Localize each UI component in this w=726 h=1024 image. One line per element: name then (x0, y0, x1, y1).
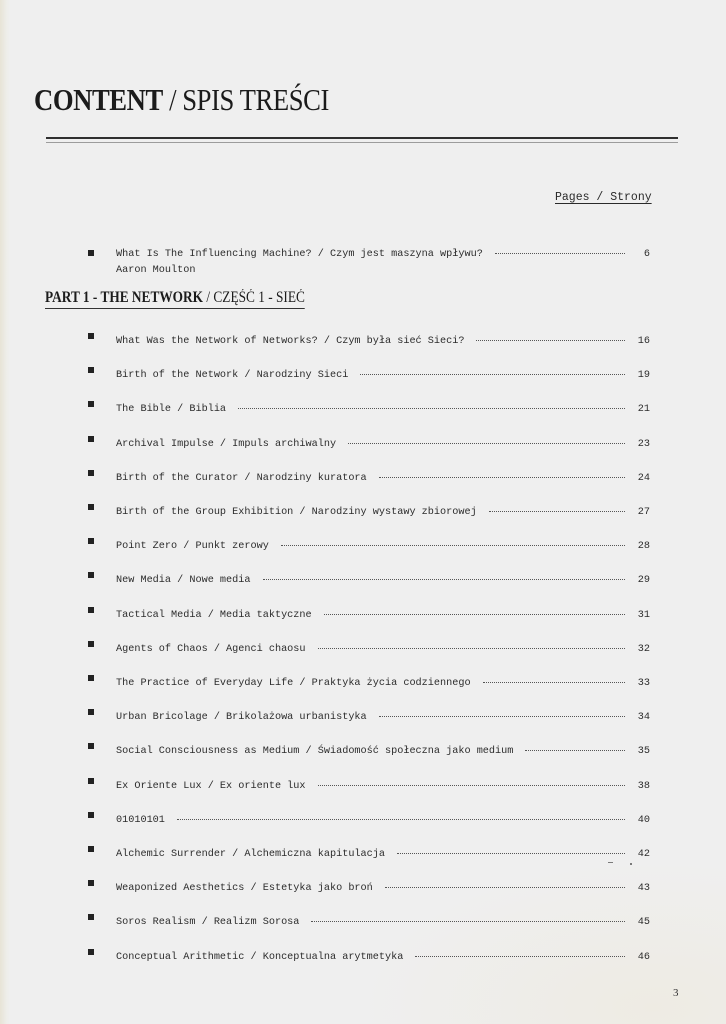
toc-entry-title: Agents of Chaos / Agenci chaosu (116, 644, 306, 655)
toc-entry-page: 29 (634, 575, 650, 586)
square-bullet-icon (88, 641, 94, 647)
toc-entry-page: 23 (634, 439, 650, 450)
toc-entry-page: 38 (634, 781, 650, 792)
dot-leader (525, 749, 625, 751)
page-number: 3 (673, 987, 679, 999)
toc-entry-page: 27 (634, 507, 650, 518)
toc-entry-page: 32 (634, 644, 650, 655)
toc-entry-title: Weaponized Aesthetics / Estetyka jako br… (116, 883, 373, 894)
square-bullet-icon (88, 250, 94, 256)
toc-entry-page: 33 (634, 678, 650, 689)
toc-entry[interactable]: The Practice of Everyday Life / Praktyka… (88, 675, 650, 691)
square-bullet-icon (88, 401, 94, 407)
dot-leader (476, 339, 625, 341)
toc-entry-title: What Was the Network of Networks? / Czym… (116, 336, 464, 347)
toc-entry[interactable]: Birth of the Network / Narodziny Sieci19 (88, 367, 650, 383)
toc-entry-title: Tactical Media / Media taktyczne (116, 610, 312, 621)
toc-entry[interactable]: New Media / Nowe media29 (88, 572, 650, 588)
dot-leader (318, 647, 625, 649)
toc-entry[interactable]: Ex Oriente Lux / Ex oriente lux38 (88, 778, 650, 794)
square-bullet-icon (88, 812, 94, 818)
toc-entry-title: 01010101 (116, 815, 165, 826)
toc-entry[interactable]: The Bible / Biblia21 (88, 401, 650, 417)
toc-entry[interactable]: Weaponized Aesthetics / Estetyka jako br… (88, 880, 650, 896)
toc-entry-page: 16 (634, 336, 650, 347)
toc-entry[interactable]: Archival Impulse / Impuls archiwalny23 (88, 436, 650, 452)
dot-leader (324, 613, 625, 615)
dot-leader (415, 955, 625, 957)
toc-entry-title: Ex Oriente Lux / Ex oriente lux (116, 781, 306, 792)
dot-leader (177, 818, 625, 820)
toc-entry[interactable]: Soros Realism / Realizm Sorosa45 (88, 914, 650, 930)
toc-entry-title: Conceptual Arithmetic / Konceptualna ary… (116, 952, 403, 963)
section-heading: PART 1 - THE NETWORK / CZĘŚĆ 1 - SIEĆ (45, 289, 305, 309)
toc-entry[interactable]: Urban Bricolage / Brikolażowa urbanistyk… (88, 709, 650, 725)
section-heading-bold: PART 1 - THE NETWORK (45, 289, 203, 306)
toc-entry[interactable]: Social Consciousness as Medium / Świadom… (88, 743, 650, 759)
pages-column-header: Pages / Strony (555, 191, 652, 204)
toc-entry-title: New Media / Nowe media (116, 575, 251, 586)
square-bullet-icon (88, 333, 94, 339)
toc-entry-title: The Practice of Everyday Life / Praktyka… (116, 678, 471, 689)
dot-leader (385, 886, 625, 888)
square-bullet-icon (88, 675, 94, 681)
page-title: CONTENT / SPIS TREŚCI (34, 82, 329, 118)
dot-leader (348, 442, 625, 444)
dot-leader (263, 578, 626, 580)
title-rule-thin (46, 142, 678, 143)
toc-entry-page: 24 (634, 473, 650, 484)
toc-entry[interactable]: Point Zero / Punkt zerowy28 (88, 538, 650, 554)
toc-entry-title: Social Consciousness as Medium / Świadom… (116, 746, 513, 757)
scan-speck (608, 862, 613, 863)
square-bullet-icon (88, 538, 94, 544)
toc-entry-page: 35 (634, 746, 650, 757)
toc-entry-title: The Bible / Biblia (116, 404, 226, 415)
toc-entry-page: 28 (634, 541, 650, 552)
toc-entry-page: 31 (634, 610, 650, 621)
toc-entry-title: Archival Impulse / Impuls archiwalny (116, 439, 336, 450)
toc-entry-page: 43 (634, 883, 650, 894)
page-edge-shadow (0, 0, 10, 1024)
toc-entry-intro[interactable]: What Is The Influencing Machine? / Czym … (88, 249, 650, 265)
square-bullet-icon (88, 914, 94, 920)
square-bullet-icon (88, 949, 94, 955)
toc-entry-page: 6 (634, 249, 650, 260)
square-bullet-icon (88, 367, 94, 373)
toc-entry-title: Point Zero / Punkt zerowy (116, 541, 269, 552)
toc-entry-page: 46 (634, 952, 650, 963)
section-heading-rest: / CZĘŚĆ 1 - SIEĆ (203, 289, 305, 306)
toc-entry-page: 19 (634, 370, 650, 381)
toc-entry[interactable]: Conceptual Arithmetic / Konceptualna ary… (88, 949, 650, 965)
square-bullet-icon (88, 778, 94, 784)
square-bullet-icon (88, 846, 94, 852)
page-title-bold: CONTENT (34, 82, 163, 117)
toc-entry-page: 42 (634, 849, 650, 860)
toc-entry[interactable]: Agents of Chaos / Agenci chaosu32 (88, 641, 650, 657)
toc-entry[interactable]: Birth of the Curator / Narodziny kurator… (88, 470, 650, 486)
toc-entry-title: What Is The Influencing Machine? / Czym … (116, 249, 483, 260)
dot-leader (495, 252, 625, 254)
toc-entry-page: 40 (634, 815, 650, 826)
dot-leader (397, 852, 625, 854)
square-bullet-icon (88, 709, 94, 715)
square-bullet-icon (88, 743, 94, 749)
dot-leader (238, 407, 625, 409)
page-title-rest: / SPIS TREŚCI (163, 82, 329, 117)
toc-entry[interactable]: Alchemic Surrender / Alchemiczna kapitul… (88, 846, 650, 862)
dot-leader (281, 544, 625, 546)
dot-leader (318, 784, 625, 786)
square-bullet-icon (88, 880, 94, 886)
toc-entry[interactable]: 0101010140 (88, 812, 650, 828)
dot-leader (360, 373, 625, 375)
dot-leader (379, 476, 625, 478)
toc-entry-page: 45 (634, 917, 650, 928)
toc-entry[interactable]: What Was the Network of Networks? / Czym… (88, 333, 650, 349)
square-bullet-icon (88, 436, 94, 442)
square-bullet-icon (88, 572, 94, 578)
dot-leader (489, 510, 625, 512)
toc-entry-page: 21 (634, 404, 650, 415)
square-bullet-icon (88, 504, 94, 510)
toc-entry-title: Birth of the Group Exhibition / Narodzin… (116, 507, 477, 518)
toc-entry[interactable]: Tactical Media / Media taktyczne31 (88, 607, 650, 623)
square-bullet-icon (88, 470, 94, 476)
dot-leader (483, 681, 625, 683)
title-rule-thick (46, 137, 678, 139)
toc-entry-title: Soros Realism / Realizm Sorosa (116, 917, 299, 928)
toc-entry[interactable]: Birth of the Group Exhibition / Narodzin… (88, 504, 650, 520)
toc-entry-page: 34 (634, 712, 650, 723)
dot-leader (379, 715, 625, 717)
toc-entry-author: Aaron Moulton (116, 265, 195, 276)
scan-speck (630, 863, 632, 865)
toc-entry-title: Urban Bricolage / Brikolażowa urbanistyk… (116, 712, 367, 723)
toc-entry-title: Alchemic Surrender / Alchemiczna kapitul… (116, 849, 385, 860)
dot-leader (311, 920, 625, 922)
toc-entry-title: Birth of the Curator / Narodziny kurator… (116, 473, 367, 484)
square-bullet-icon (88, 607, 94, 613)
toc-entry-title: Birth of the Network / Narodziny Sieci (116, 370, 348, 381)
